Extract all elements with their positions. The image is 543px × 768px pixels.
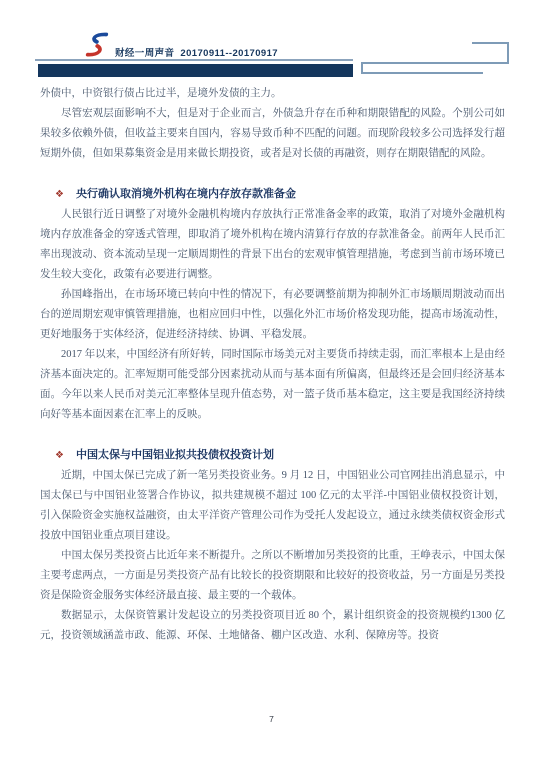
section-heading: ❖中国太保与中国铝业拟共投债权投资计划 (40, 445, 505, 466)
paragraph: 2017 年以来，中国经济有所好转，同时国际市场美元对主要货币持续走弱，而汇率根… (40, 345, 505, 425)
paragraph: 近期，中国太保已完成了新一笔另类投资业务。9 月 12 日，中国铝业公司官网挂出… (40, 466, 505, 546)
header-corner-decoration (0, 0, 543, 90)
diamond-bullet-icon: ❖ (55, 450, 64, 461)
page-number: 7 (0, 714, 543, 724)
document-body: 外债中，中资银行债占比过半，是境外发债的主力。尽管宏观层面影响不大，但是对于企业… (40, 84, 505, 646)
section: ❖央行确认取消境外机构在境内存放存款准备金 人民银行近日调整了对境外金融机构境内… (40, 184, 505, 425)
paragraph: 数据显示，太保资管累计发起设立的另类投资项目近 80 个，累计组织资金的投资规模… (40, 606, 505, 646)
paragraph: 中国太保另类投资占比近年来不断提升。之所以不断增加另类投资的比重，王峥表示，中国… (40, 546, 505, 606)
section-heading-text: 央行确认取消境外机构在境内存放存款准备金 (76, 188, 296, 200)
paragraph: 尽管宏观层面影响不大，但是对于企业而言，外债急升存在币种和期限错配的风险。个别公… (40, 104, 505, 164)
paragraph: 外债中，中资银行债占比过半，是境外发债的主力。 (40, 84, 505, 104)
section-heading: ❖央行确认取消境外机构在境内存放存款准备金 (40, 184, 505, 205)
paragraph: 人民银行近日调整了对境外金融机构境内存放执行正常准备金率的政策，取消了对境外金融… (40, 205, 505, 285)
paragraph: 孙国峰指出，在市场环境已转向中性的情况下，有必要调整前期为抑制外汇市场顺周期波动… (40, 285, 505, 345)
document-page: 财经一周声音20170911--20170917 外债中，中资银行债占比过半，是… (0, 0, 543, 768)
diamond-bullet-icon: ❖ (55, 189, 64, 200)
section-heading-text: 中国太保与中国铝业拟共投债权投资计划 (76, 449, 274, 461)
section: ❖中国太保与中国铝业拟共投债权投资计划 近期，中国太保已完成了新一笔另类投资业务… (40, 445, 505, 646)
